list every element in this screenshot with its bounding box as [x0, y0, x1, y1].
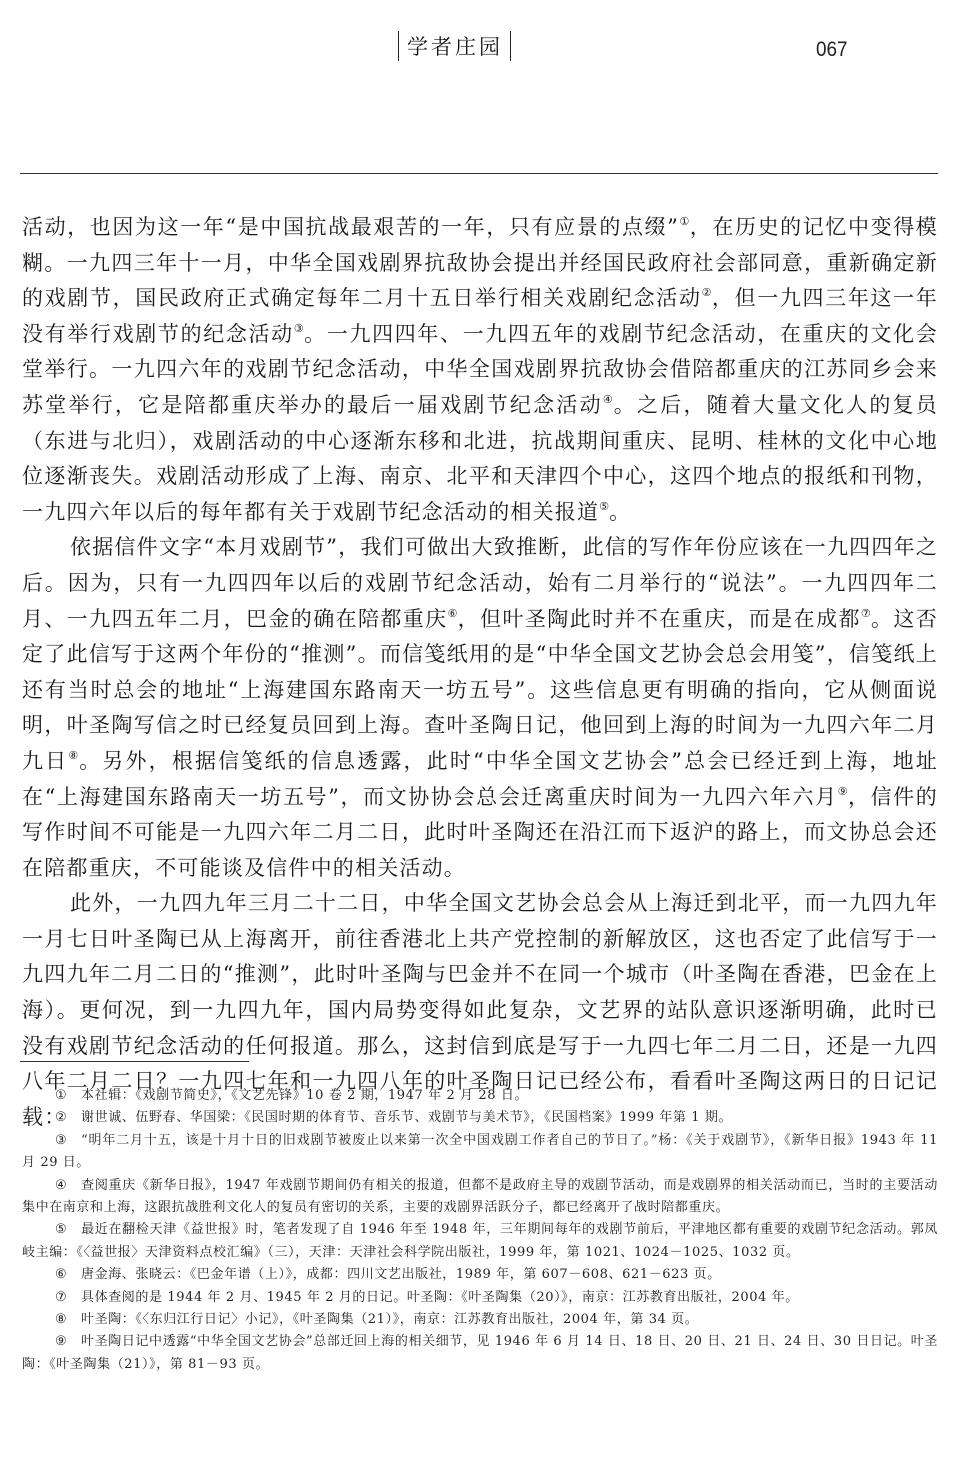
footnote-text: 谢世诚、伍野春、华国梁：《民国时期的体育节、音乐节、戏剧节与美术节》，《民国档案…	[81, 1110, 732, 1125]
footnote-reference[interactable]: ⑥	[448, 607, 458, 620]
footnote-reference[interactable]: ⑧	[68, 749, 79, 762]
running-title: 学者庄园	[398, 30, 511, 62]
footnote-text: 叶圣陶日记中透露“中华全国文艺协会”总部迁回上海的相关细节，见 1946 年 6…	[22, 1334, 938, 1371]
footnote: ⑥唐金海、张晓云：《巴金年谱（上）》，成都：四川文艺出版社，1989 年，第 6…	[22, 1264, 938, 1286]
footnote: ③“明年二月十五，该是十月十日的旧戏剧节被废止以来第一次全中国戏剧工作者自己的节…	[22, 1130, 938, 1175]
footnote-reference[interactable]: ⑦	[861, 607, 871, 620]
footnote-mark: ⑦	[55, 1287, 81, 1309]
footnote-mark: ①	[55, 1085, 81, 1107]
running-title-text: 学者庄园	[399, 31, 510, 61]
header-divider	[20, 173, 938, 174]
footnote-reference[interactable]: ⑨	[838, 785, 848, 798]
footnote-reference[interactable]: ④	[603, 393, 614, 406]
footnote-mark: ②	[55, 1107, 81, 1129]
footnote: ⑧叶圣陶：《〈东归江行日记〉小记》，《叶圣陶集（21）》，南京：江苏教育出版社，…	[22, 1309, 938, 1331]
footnotes: ①本社辑：《戏剧节简史》，《文艺先锋》10 卷 2 期，1947 年 2 月 2…	[22, 1085, 938, 1376]
footnote: ⑤最近在翻检天津《益世报》时，笔者发现了自 1946 年至 1948 年，三年期…	[22, 1219, 938, 1264]
paragraph-text: 活动，也因为这一年“是中国抗战最艰苦的一年，只有应景的点缀”	[22, 215, 679, 239]
footnote-reference[interactable]: ①	[679, 215, 690, 228]
footnote-divider	[20, 1061, 249, 1062]
page-number: 067	[816, 38, 848, 62]
footnote-mark: ⑤	[55, 1219, 81, 1241]
footnote: ⑨叶圣陶日记中透露“中华全国文艺协会”总部迁回上海的相关细节，见 1946 年 …	[22, 1331, 938, 1376]
footnote-mark: ③	[55, 1130, 81, 1152]
footnote-text: 查阅重庆《新华日报》，1947 年戏剧节期间仍有相关的报道，但都不是政府主导的戏…	[22, 1178, 938, 1215]
footnote-mark: ④	[55, 1175, 81, 1197]
footnote-text: 具体查阅的是 1944 年 2 月、1945 年 2 月的日记。叶圣陶：《叶圣陶…	[81, 1290, 799, 1305]
footnote: ⑦具体查阅的是 1944 年 2 月、1945 年 2 月的日记。叶圣陶：《叶圣…	[22, 1287, 938, 1309]
paragraph: 依据信件文字“本月戏剧节”，我们可做出大致推断，此信的写作年份应该在一九四四年之…	[22, 530, 938, 886]
footnote-text: 唐金海、张晓云：《巴金年谱（上）》，成都：四川文艺出版社，1989 年，第 60…	[81, 1267, 721, 1282]
footnote: ④查阅重庆《新华日报》，1947 年戏剧节期间仍有相关的报道，但都不是政府主导的…	[22, 1175, 938, 1220]
footnote: ①本社辑：《戏剧节简史》，《文艺先锋》10 卷 2 期，1947 年 2 月 2…	[22, 1085, 938, 1107]
body-text: 活动，也因为这一年“是中国抗战最艰苦的一年，只有应景的点缀”①，在历史的记忆中变…	[22, 210, 938, 1135]
footnote: ②谢世诚、伍野春、华国梁：《民国时期的体育节、音乐节、戏剧节与美术节》，《民国档…	[22, 1107, 938, 1129]
footnote-mark: ⑨	[55, 1331, 81, 1353]
footnote-text: “明年二月十五，该是十月十日的旧戏剧节被废止以来第一次全中国戏剧工作者自己的节日…	[22, 1133, 938, 1170]
paragraph-text: ，但叶圣陶此时并不在重庆，而是在成都	[458, 607, 861, 631]
footnote-reference[interactable]: ③	[294, 322, 304, 335]
footnote-reference[interactable]: ⑤	[599, 500, 609, 513]
footnote-mark: ⑥	[55, 1264, 81, 1286]
paragraph-text: 。另外，根据信笺纸的信息透露，此时“中华全国文艺协会”总会已经迁到上海，地址在“…	[22, 749, 938, 809]
paragraph-text: 。	[609, 500, 631, 524]
footnote-text: 最近在翻检天津《益世报》时，笔者发现了自 1946 年至 1948 年，三年期间…	[22, 1222, 938, 1259]
footnote-text: 本社辑：《戏剧节简史》，《文艺先锋》10 卷 2 期，1947 年 2 月 28…	[81, 1088, 528, 1103]
paragraph: 活动，也因为这一年“是中国抗战最艰苦的一年，只有应景的点缀”①，在历史的记忆中变…	[22, 210, 938, 530]
footnote-text: 叶圣陶：《〈东归江行日记〉小记》，《叶圣陶集（21）》，南京：江苏教育出版社，2…	[81, 1312, 698, 1327]
title-right-bar	[510, 31, 511, 61]
page-header: 学者庄园 067	[0, 0, 958, 175]
footnote-reference[interactable]: ②	[702, 286, 712, 299]
footnote-mark: ⑧	[55, 1309, 81, 1331]
